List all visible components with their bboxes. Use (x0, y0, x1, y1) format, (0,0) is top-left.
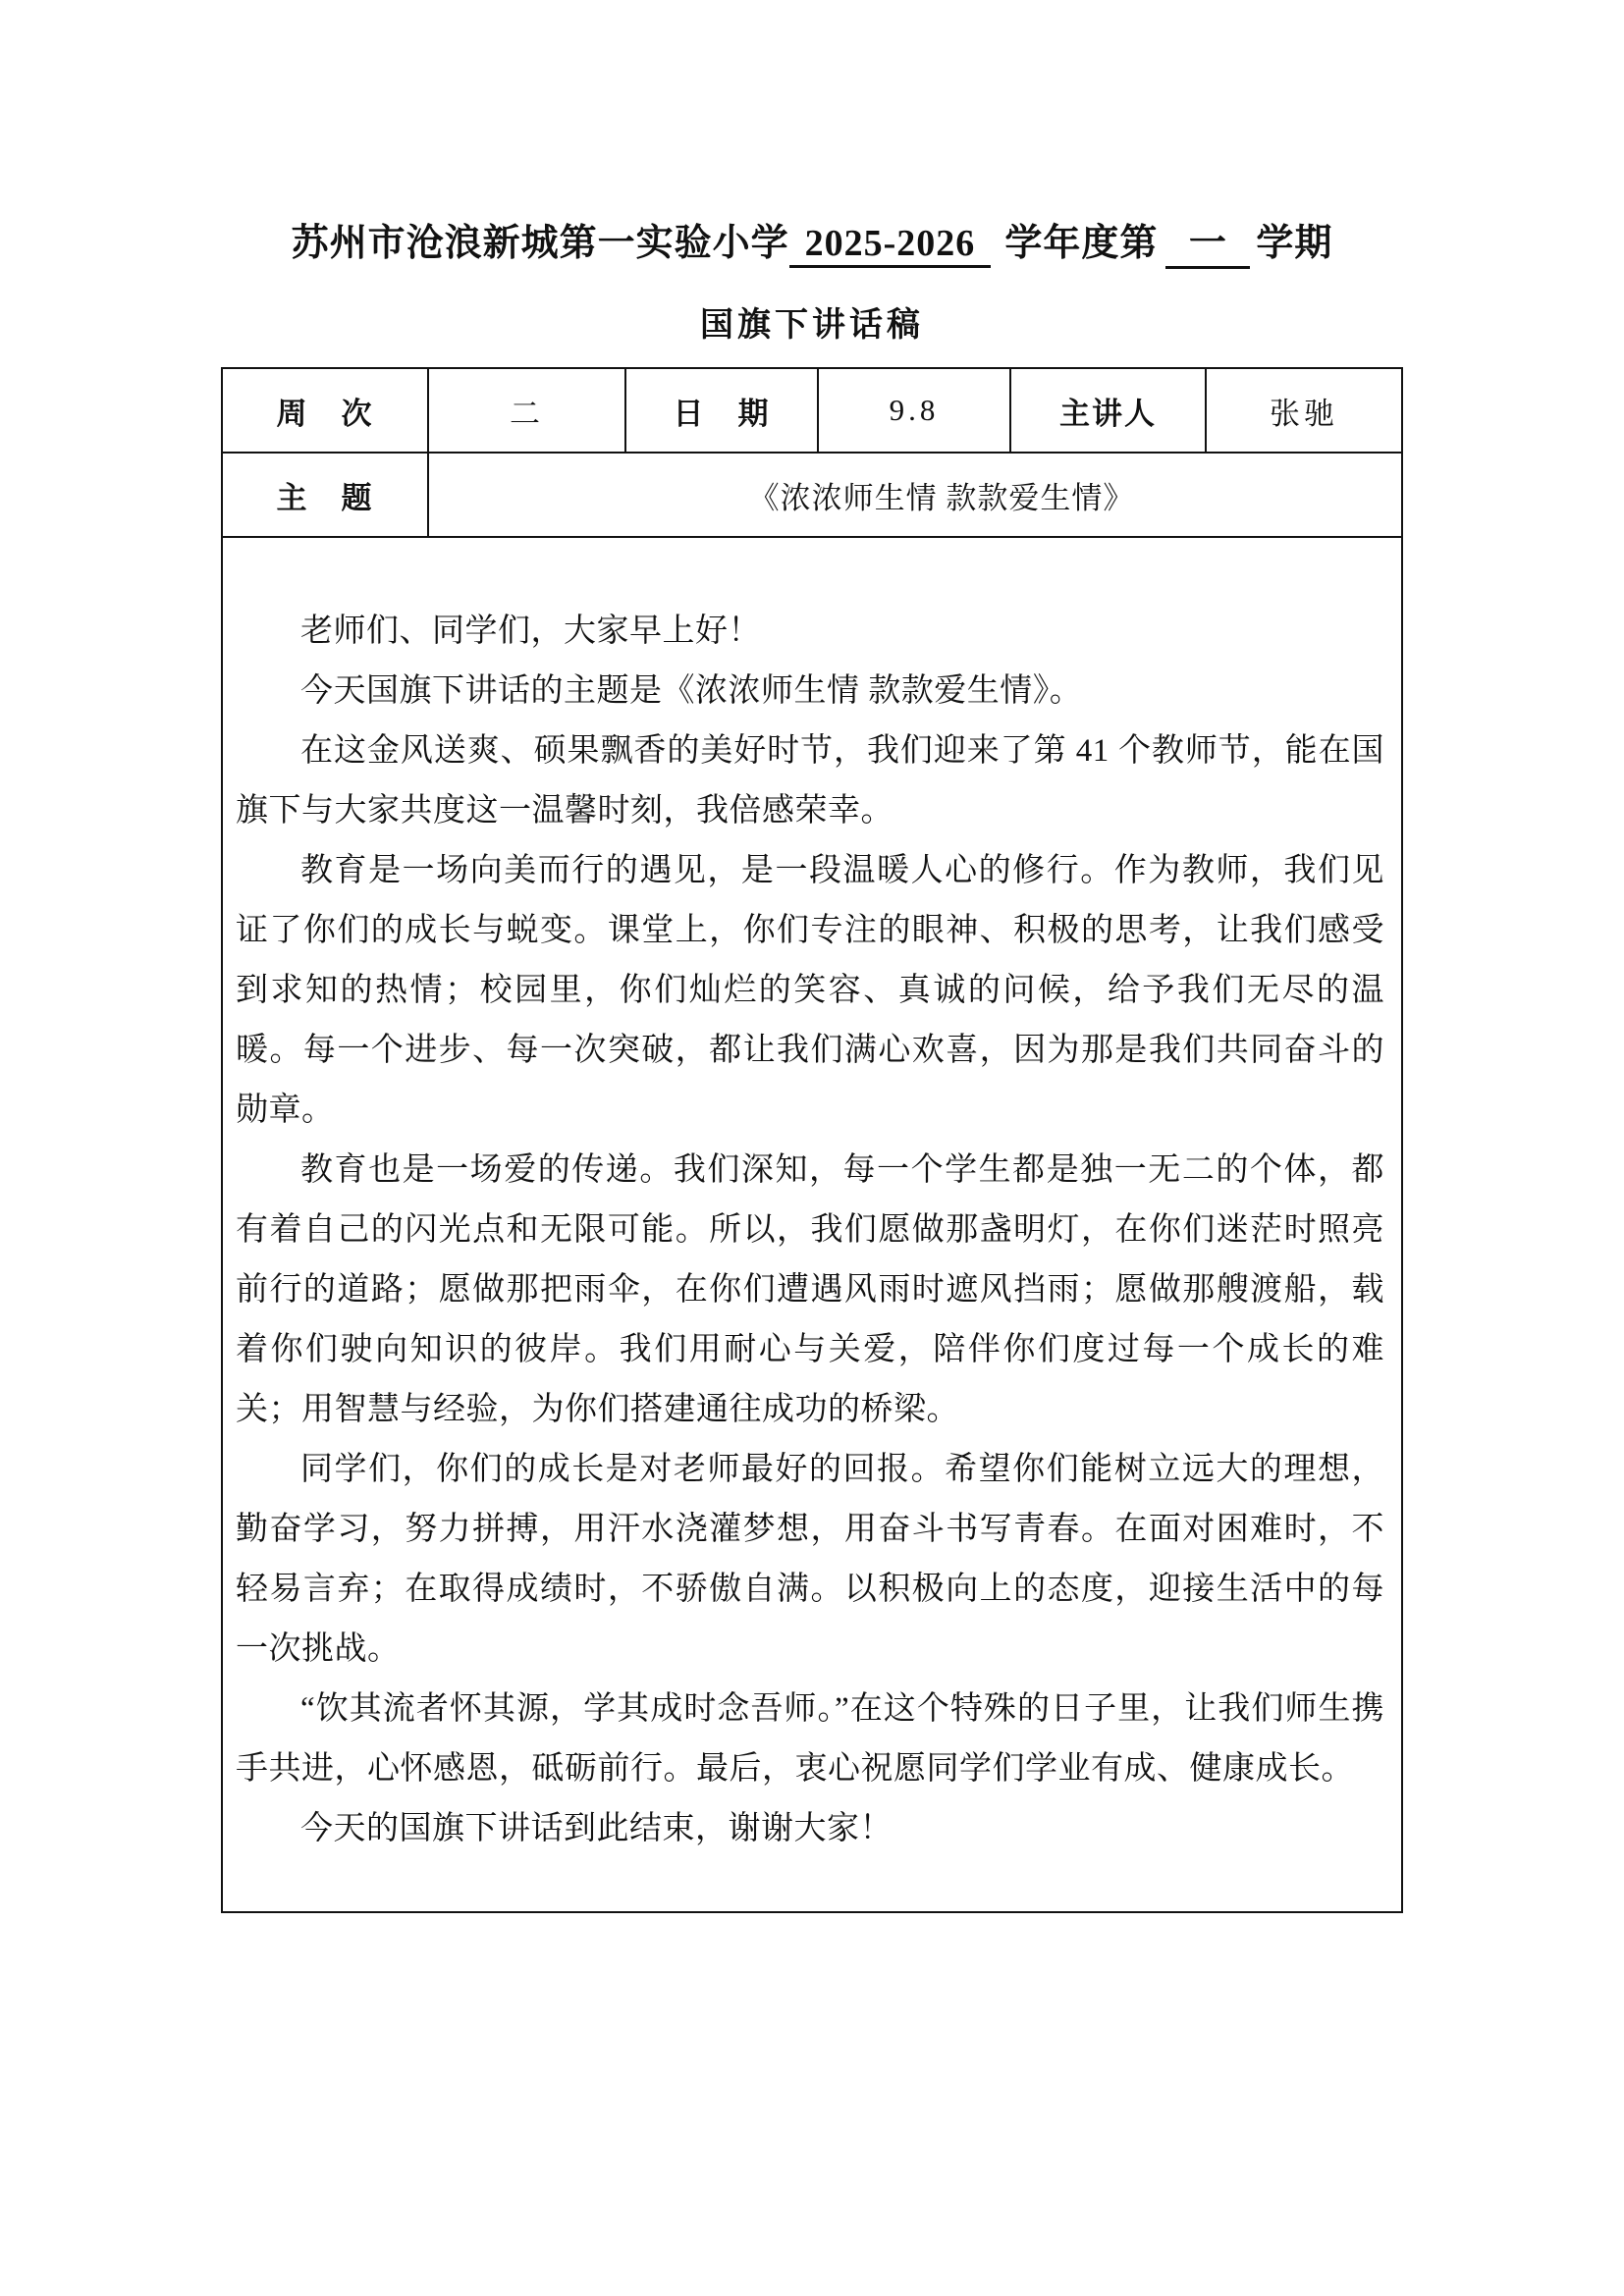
document-page: 苏州市沧浪新城第一实验小学2025-2026学年度第一学期 国旗下讲话稿 周 次… (0, 0, 1624, 2296)
date-value-cell: 9.8 (818, 368, 1010, 453)
title-term-underlined: 一 (1165, 212, 1250, 269)
document-subtitle: 国旗下讲话稿 (0, 297, 1624, 346)
speaker-value-cell: 张驰 (1206, 368, 1402, 453)
speaker-label-cell: 主讲人 (1010, 368, 1206, 453)
topic-value-cell: 《浓浓师生情 款款爱生情》 (428, 453, 1402, 537)
title-mid: 学年度第 (1004, 223, 1158, 264)
title-suffix: 学期 (1256, 223, 1332, 264)
speech-paragraph: 老师们、同学们，大家早上好！ (236, 602, 1384, 662)
title-school: 苏州市沧浪新城第一实验小学 (292, 223, 789, 264)
table-topic-row: 主 题 《浓浓师生情 款款爱生情》 (222, 453, 1402, 537)
date-label-cell: 日 期 (625, 368, 818, 453)
table-header-row: 周 次 二 日 期 9.8 主讲人 张驰 (222, 368, 1402, 453)
speech-paragraph: 在这金风送爽、硕果飘香的美好时节，我们迎来了第 41 个教师节，能在国旗下与大家… (236, 721, 1384, 841)
page-title: 苏州市沧浪新城第一实验小学2025-2026学年度第一学期 (0, 212, 1624, 269)
title-year-underlined: 2025-2026 (789, 222, 992, 268)
table-body-row: 老师们、同学们，大家早上好！ 今天国旗下讲话的主题是《浓浓师生情 款款爱生情》。… (222, 537, 1402, 1912)
week-label-cell: 周 次 (222, 368, 428, 453)
speech-paragraph: 今天国旗下讲话的主题是《浓浓师生情 款款爱生情》。 (236, 662, 1384, 721)
speech-paragraph: 今天的国旗下讲话到此结束，谢谢大家！ (236, 1799, 1384, 1859)
speech-text: 老师们、同学们，大家早上好！ 今天国旗下讲话的主题是《浓浓师生情 款款爱生情》。… (236, 602, 1384, 1859)
speech-paragraph: “饮其流者怀其源，学其成时念吾师。”在这个特殊的日子里，让我们师生携手共进，心怀… (236, 1680, 1384, 1799)
speech-body-cell: 老师们、同学们，大家早上好！ 今天国旗下讲话的主题是《浓浓师生情 款款爱生情》。… (222, 537, 1402, 1912)
info-table: 周 次 二 日 期 9.8 主讲人 张驰 主 题 《浓浓师生情 款款爱生情》 老… (221, 367, 1403, 1913)
speech-paragraph: 教育也是一场爱的传递。我们深知，每一个学生都是独一无二的个体，都有着自己的闪光点… (236, 1141, 1384, 1440)
topic-label-cell: 主 题 (222, 453, 428, 537)
speech-paragraph: 同学们，你们的成长是对老师最好的回报。希望你们能树立远大的理想，勤奋学习，努力拼… (236, 1440, 1384, 1680)
speech-paragraph: 教育是一场向美而行的遇见，是一段温暖人心的修行。作为教师，我们见证了你们的成长与… (236, 841, 1384, 1141)
week-value-cell: 二 (428, 368, 625, 453)
